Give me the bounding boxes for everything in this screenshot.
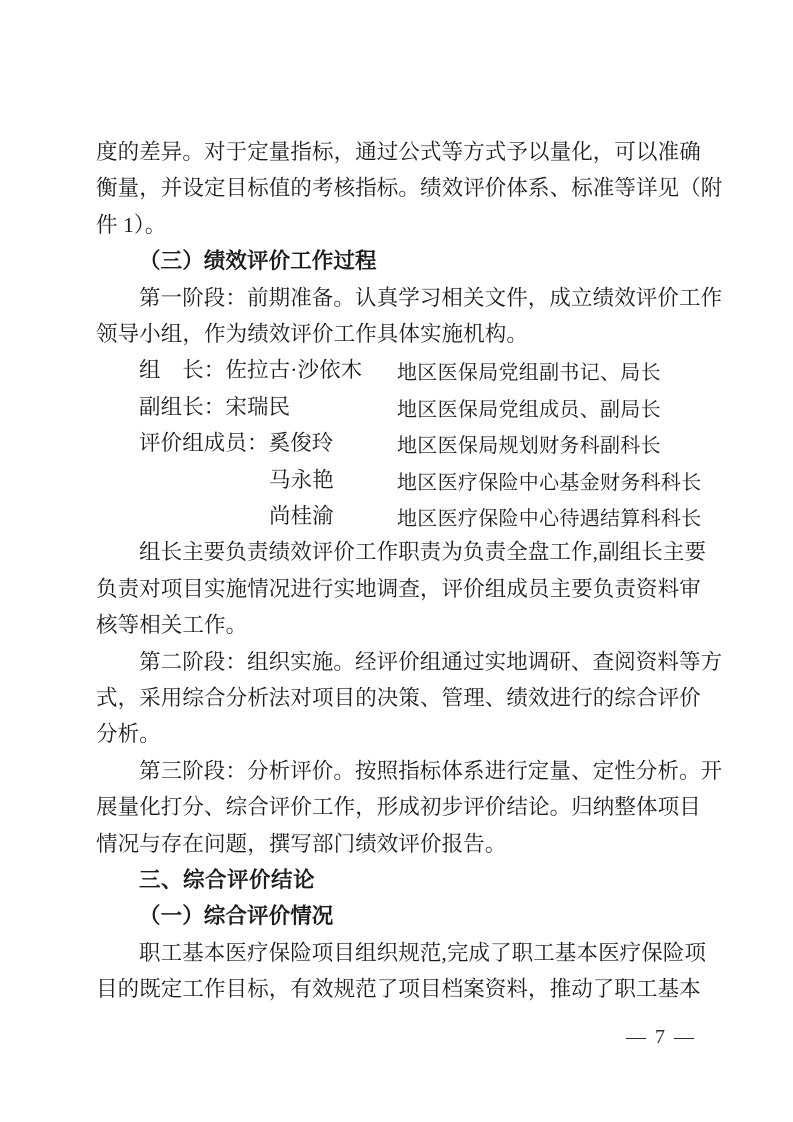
roster-duty: 地区医疗保险中心待遇结算科科长: [397, 507, 702, 531]
text-line: 第二阶段：组织实施。经评价组通过实地调研、查阅资料等方: [96, 650, 722, 676]
text-line: 组长主要负责绩效评价工作职责为负责全盘工作,副组长主要: [96, 540, 706, 566]
page-number: — 7 —: [626, 1026, 696, 1049]
roster-row: 尚桂渝地区医疗保险中心待遇结算科科长: [96, 504, 334, 530]
text-line: 件 1）。: [96, 213, 166, 239]
roster-name: 宋瑞民: [225, 395, 290, 419]
roster-role: 组 长：: [139, 358, 225, 382]
roster-row: 组 长：佐拉古·沙依木地区医保局党组副书记、局长: [96, 358, 362, 384]
text-line: 式，采用综合分析法对项目的决策、管理、绩效进行的综合评价: [96, 686, 701, 712]
roster-duty: 地区医保局党组副书记、局长: [397, 361, 661, 385]
text-line: 衡量，并设定目标值的考核指标。绩效评价体系、标准等详见（附: [96, 176, 722, 202]
text-line: 度的差异。对于定量指标，通过公式等方式予以量化，可以准确: [96, 140, 701, 166]
text-line: 目的既定工作目标，有效规范了项目档案资料，推动了职工基本: [96, 977, 701, 1003]
roster-role: 评价组成员：: [139, 431, 269, 455]
text-line: 负责对项目实施情况进行实地调查，评价组成员主要负责资料审: [96, 577, 701, 603]
text-line: 第三阶段：分析评价。按照指标体系进行定量、定性分析。开: [96, 759, 722, 785]
section-heading: （一）综合评价情况: [96, 904, 333, 930]
text-line: 核等相关工作。: [96, 613, 247, 639]
roster-name: 马永艳: [269, 468, 334, 492]
roster-name: 佐拉古·沙依木: [225, 358, 362, 382]
text-line: 分析。: [96, 722, 161, 748]
roster-row: 马永艳地区医疗保险中心基金财务科科长: [96, 468, 334, 494]
roster-name: 奚俊玲: [269, 431, 334, 455]
text-line: 情况与存在问题，撰写部门绩效评价报告。: [96, 832, 506, 858]
roster-row: 副组长：宋瑞民地区医保局党组成员、副局长: [96, 395, 290, 421]
text-line: 职工基本医疗保险项目组织规范,完成了职工基本医疗保险项: [96, 941, 706, 967]
text-line: 领导小组，作为绩效评价工作具体实施机构。: [96, 322, 528, 348]
document-page: 度的差异。对于定量指标，通过公式等方式予以量化，可以准确衡量，并设定目标值的考核…: [0, 0, 793, 1122]
text-line: 展量化打分、综合评价工作，形成初步评价结论。归纳整体项目: [96, 795, 701, 821]
roster-role: 副组长：: [139, 395, 225, 419]
section-heading: （三）绩效评价工作过程: [96, 249, 377, 275]
roster-duty: 地区医保局规划财务科副科长: [397, 434, 661, 458]
text-line: 第一阶段：前期准备。认真学习相关文件，成立绩效评价工作: [96, 286, 722, 312]
section-heading: 三、综合评价结论: [96, 868, 315, 894]
text-content: 度的差异。对于定量指标，通过公式等方式予以量化，可以准确衡量，并设定目标值的考核…: [0, 0, 793, 1122]
roster-row: 评价组成员：奚俊玲地区医保局规划财务科副科长: [96, 431, 333, 457]
roster-name: 尚桂渝: [269, 504, 334, 528]
roster-duty: 地区医保局党组成员、副局长: [397, 398, 661, 422]
roster-duty: 地区医疗保险中心基金财务科科长: [397, 471, 702, 495]
